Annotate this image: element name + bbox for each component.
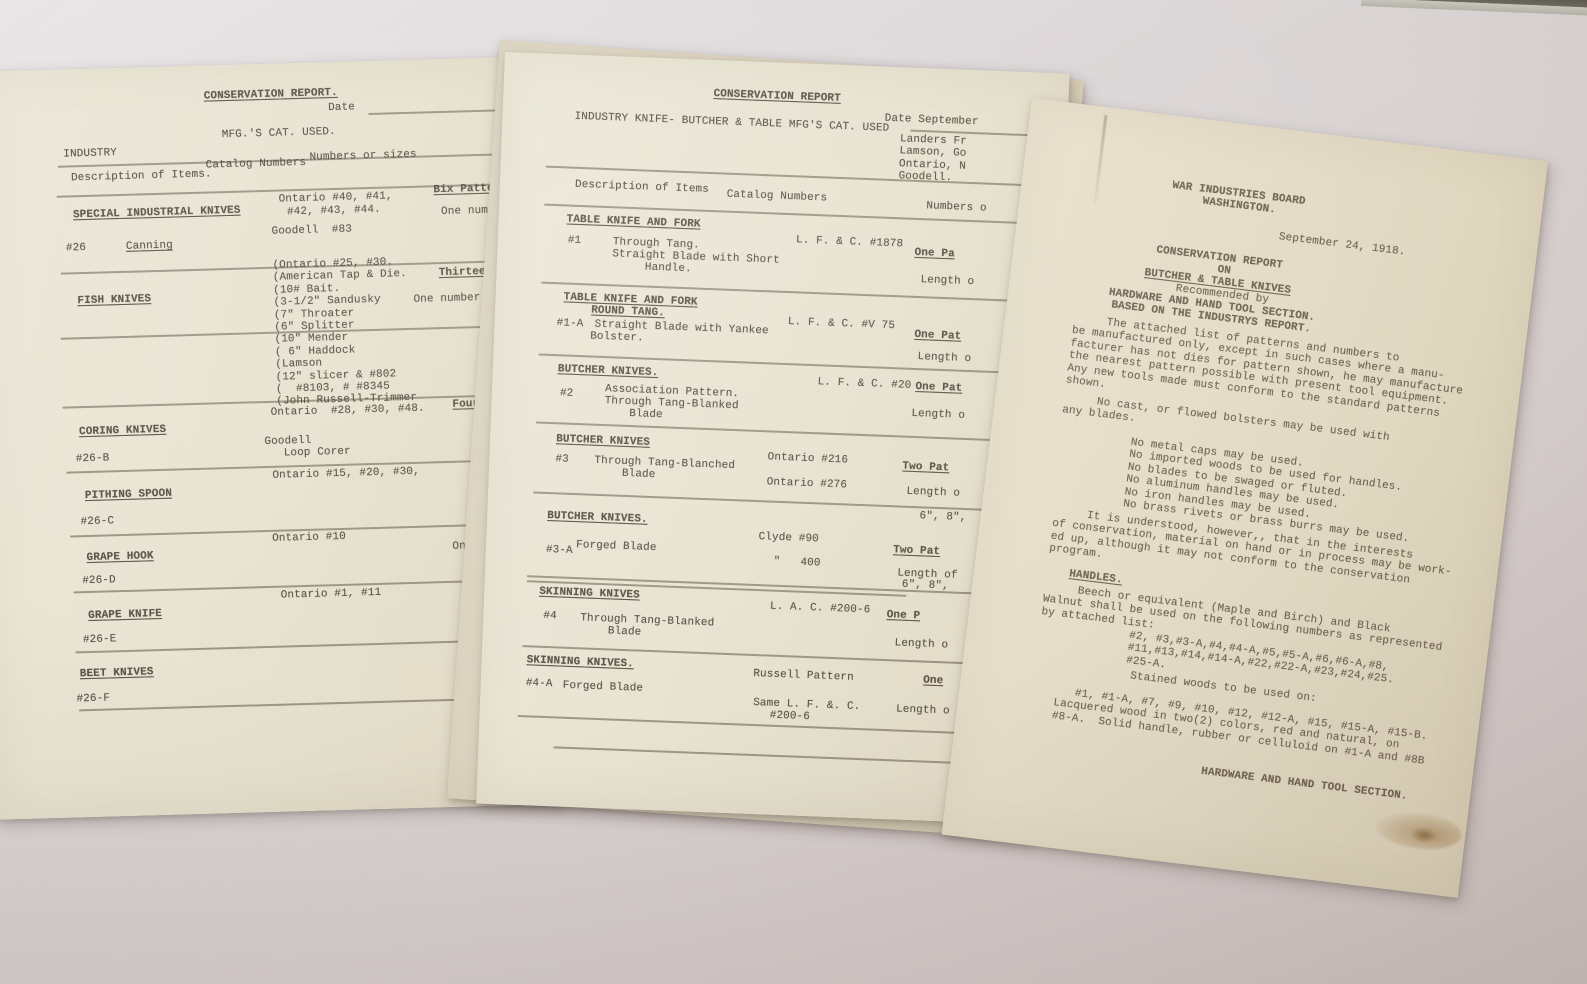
catalog-value: L. A. C. #200-6: [770, 601, 871, 617]
signature-line: HARDWARE AND HAND TOOL SECTION.: [1200, 766, 1408, 804]
pattern-note: One Pat: [915, 381, 962, 395]
numbers-note: Length o: [911, 408, 965, 422]
industry-label: INDUSTRY: [63, 147, 117, 161]
section-heading: BUTCHER KNIVES.: [547, 510, 648, 526]
catalog-value: Goodell #83: [271, 224, 352, 239]
section-heading: TABLE KNIFE AND FORK: [566, 213, 700, 231]
item-number: #26-D: [82, 574, 116, 587]
numbers-note: 6", 8",: [919, 510, 966, 524]
item-number: #1-A: [556, 317, 583, 330]
pattern-note: One: [923, 675, 944, 688]
catalog-list: (Ontario #25, #30. (American Tap & Die. …: [272, 256, 417, 409]
report-date: September 24, 1918.: [1278, 231, 1406, 259]
date-label: Date: [328, 101, 355, 114]
col-description: Description of Items: [575, 179, 709, 197]
numbers-note: Length o: [894, 637, 948, 651]
numbers-note: 6", 8",: [902, 579, 949, 593]
item-desc: Through Tang-Blanched: [594, 455, 735, 473]
catalog-value: " 400: [773, 556, 820, 570]
catalog-value: L. F. & C. #20: [817, 376, 911, 392]
section-heading: GRAPE HOOK: [86, 550, 153, 564]
item-desc: Handle.: [645, 262, 692, 276]
section-heading: SKINNING KNIVES: [539, 586, 640, 602]
left-page-title: CONSERVATION REPORT.: [204, 87, 338, 103]
pattern-note: One Pa: [914, 247, 955, 261]
shelf-edge: [1360, 0, 1587, 27]
manufacturer-list: Landers Fr Lamson, Go Ontario, N Goodell…: [898, 133, 967, 185]
item-number: #26-E: [83, 633, 117, 646]
section-heading: SKINNING KNIVES.: [526, 654, 634, 671]
section-heading: FISH KNIVES: [77, 293, 151, 307]
pattern-note: One Pat: [914, 329, 961, 343]
section-subheading: ROUND TANG.: [591, 305, 665, 320]
col-catalog: Catalog Numbers: [726, 189, 827, 205]
item-number: #2: [560, 387, 574, 400]
section-heading: BUTCHER KNIVES.: [558, 363, 659, 379]
section-heading: SPECIAL INDUSTRIAL KNIVES: [73, 205, 241, 222]
item-number: #1: [568, 235, 582, 248]
col-catalog: Catalog Numbers: [206, 157, 307, 172]
item-desc: Blade: [608, 625, 642, 639]
item-number: #3: [555, 453, 569, 466]
item-desc: Forged Blade: [562, 680, 643, 695]
industry-line: INDUSTRY KNIFE- BUTCHER & TABLE MFG'S CA…: [574, 111, 889, 135]
section-heading: GRAPE KNIFE: [88, 608, 162, 622]
item-number: #26-B: [76, 452, 110, 465]
item-number: #4-A: [526, 677, 553, 690]
catalog-value: #200-6: [769, 710, 810, 724]
section-heading: BEET KNIVES: [80, 666, 154, 680]
item-desc: Forged Blade: [576, 539, 657, 554]
catalog-value: Ontario #1, #11: [281, 587, 382, 602]
pattern-note: Two Pat: [902, 461, 949, 475]
section-heading: PITHING SPOON: [85, 488, 172, 503]
item-note: Canning: [126, 240, 173, 254]
middle-page-title: CONSERVATION REPORT: [713, 88, 841, 105]
catalog-value: Clyde #90: [758, 531, 819, 546]
col-numbers: Numbers or sizes: [309, 149, 417, 164]
photo-of-documents: { "scene": { "paper_color": "#ebe7d8", "…: [0, 0, 1587, 984]
section-heading: CORING KNIVES: [79, 424, 166, 439]
catalog-value: L. F. & C. #1878: [796, 234, 904, 251]
item-number: #3-A: [546, 544, 573, 557]
item-desc: Bolster.: [590, 330, 644, 344]
col-description: Description of Items.: [71, 168, 212, 184]
numbers-note: Length o: [906, 486, 960, 500]
item-desc: Blade: [629, 408, 663, 422]
pattern-note: Two Pat: [893, 544, 940, 558]
item-desc: Blade: [622, 468, 656, 482]
item-number: #4: [543, 610, 557, 623]
right-document-sheet: WAR INDUSTRIES BOARD WASHINGTON. Septemb…: [942, 98, 1549, 898]
item-desc: Straight Blade with Short: [612, 248, 780, 267]
catalog-value: Ontario #216: [767, 451, 848, 466]
paper-crease: [1094, 115, 1108, 205]
numbers-note: Length o: [896, 704, 950, 718]
catalog-value: #42, #43, #44.: [287, 204, 381, 219]
col-numbers: Numbers o: [926, 200, 987, 215]
catalog-value: Loop Corer: [284, 446, 351, 460]
item-number: #26-F: [76, 692, 110, 705]
date-line: Date September: [884, 113, 978, 129]
catalog-value: Russell Pattern: [753, 668, 854, 684]
item-desc: Through Tang-Blanked: [580, 612, 714, 630]
numbers-note: Length o: [920, 274, 974, 288]
item-number: #26-C: [80, 515, 114, 528]
rule: [533, 491, 1046, 513]
catalog-value: L. F. & C. #V 75: [788, 316, 896, 333]
section-heading: BUTCHER KNIVES: [556, 433, 650, 449]
mfg-cat-line: MFG.'S CAT. USED.: [222, 126, 336, 142]
numbers-note: Length o: [917, 351, 971, 365]
catalog-value: Ontario #15, #20, #30,: [272, 466, 420, 483]
catalog-value: Ontario #10: [272, 531, 346, 545]
item-number: #26: [66, 242, 86, 255]
pattern-note: One P: [886, 609, 920, 623]
catalog-value: Ontario #276: [766, 476, 847, 491]
